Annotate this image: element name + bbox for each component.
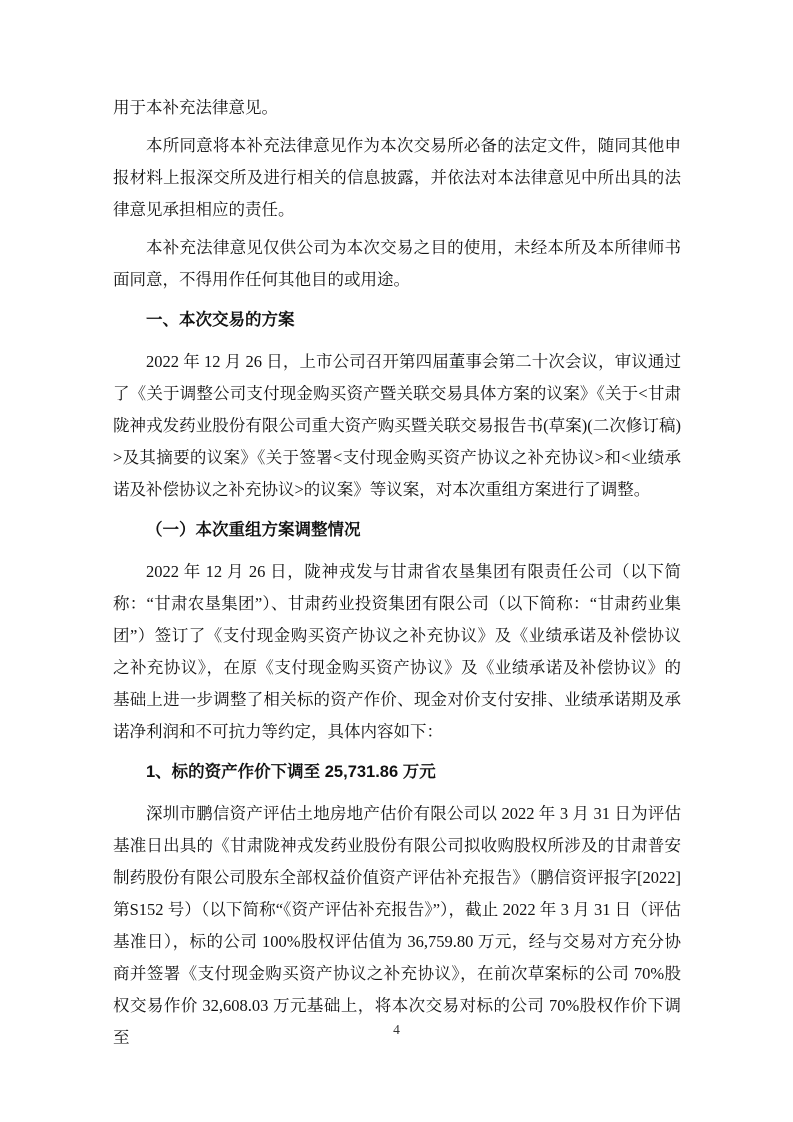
paragraph: 用于本补充法律意见。 bbox=[113, 92, 681, 124]
page-number: 4 bbox=[0, 1020, 793, 1040]
document-page: 用于本补充法律意见。本所同意将本补充法律意见作为本次交易所必备的法定文件，随同其… bbox=[0, 0, 793, 1122]
section-heading-2: （一）本次重组方案调整情况 bbox=[113, 514, 681, 546]
section-heading-1: 一、本次交易的方案 bbox=[113, 304, 681, 336]
paragraph: 2022 年 12 月 26 日，陇神戎发与甘肃省农垦集团有限责任公司（以下简称… bbox=[113, 556, 681, 748]
paragraph: 本所同意将本补充法律意见作为本次交易所必备的法定文件，随同其他申报材料上报深交所… bbox=[113, 130, 681, 226]
paragraph: 本补充法律意见仅供公司为本次交易之目的使用，未经本所及本所律师书面同意，不得用作… bbox=[113, 232, 681, 296]
paragraph: 2022 年 12 月 26 日，上市公司召开第四届董事会第二十次会议，审议通过… bbox=[113, 346, 681, 506]
section-heading-3: 1、标的资产作价下调至 25,731.86 万元 bbox=[113, 756, 681, 788]
paragraph: 深圳市鹏信资产评估土地房地产估价有限公司以 2022 年 3 月 31 日为评估… bbox=[113, 798, 681, 1054]
document-body: 用于本补充法律意见。本所同意将本补充法律意见作为本次交易所必备的法定文件，随同其… bbox=[113, 92, 681, 1060]
